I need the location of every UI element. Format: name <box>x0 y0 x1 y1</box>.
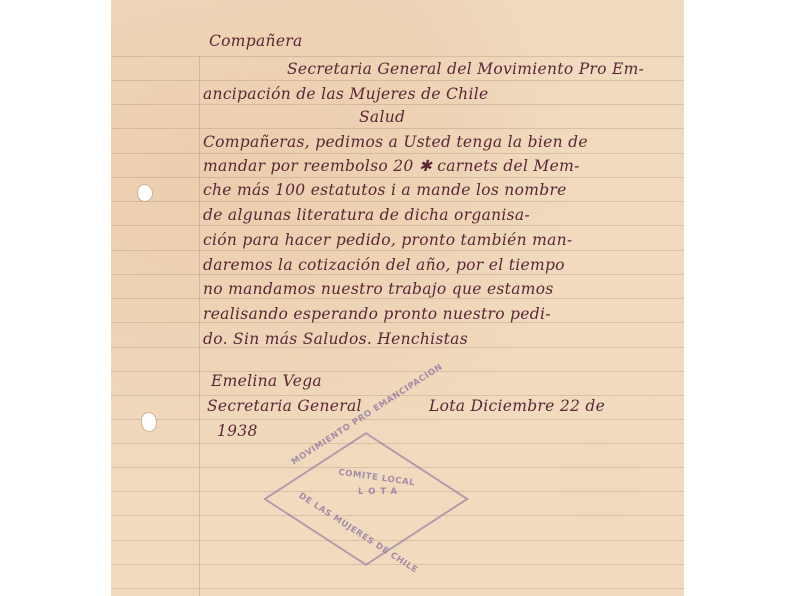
ruled-line <box>111 128 684 129</box>
ruled-line <box>111 371 684 372</box>
ruled-line <box>111 419 684 420</box>
margin-line <box>199 56 200 596</box>
signature-name: Emelina Vega <box>211 372 322 390</box>
ruled-line <box>111 56 684 57</box>
ruled-line <box>111 225 684 226</box>
stamp-center-line-2: LOTA <box>358 487 402 497</box>
punch-hole-top <box>138 185 152 201</box>
body-line: mandar por reembolso 20 ✱ carnets del Me… <box>203 157 580 175</box>
ruled-line <box>111 177 684 178</box>
greeting: Salud <box>359 108 405 126</box>
body-line: de algunas literatura de dicha organisa- <box>203 206 530 224</box>
salutation: Compañera <box>209 32 303 50</box>
body-line: Compañeras, pedimos a Usted tenga la bie… <box>203 133 588 151</box>
stamp-border <box>263 432 469 566</box>
body-line: realisando esperando pronto nuestro pedi… <box>203 305 551 323</box>
year: 1938 <box>217 422 258 440</box>
ruled-line <box>111 201 684 202</box>
body-line: che más 100 estatutos i a mande los nomb… <box>203 181 567 199</box>
signature-title: Secretaria General <box>207 397 362 415</box>
place-date: Lota Diciembre 22 de <box>429 397 605 415</box>
punch-hole-bottom <box>142 413 156 431</box>
body-line: daremos la cotización del año, por el ti… <box>203 256 565 274</box>
body-line: ción para hacer pedido, pronto también m… <box>203 231 572 249</box>
body-line: no mandamos nuestro trabajo que estamos <box>203 280 554 298</box>
ruled-line <box>111 588 684 589</box>
ruled-line <box>111 274 684 275</box>
rubber-stamp: MOVIMIENTO PRO EMANCIPACION COMITE LOCAL… <box>288 433 458 553</box>
ruled-line <box>111 104 684 105</box>
addressee-line-1: Secretaria General del Movimiento Pro Em… <box>287 60 644 78</box>
ruled-line <box>111 153 684 154</box>
ruled-line <box>111 298 684 299</box>
body-line: do. Sin más Saludos. Henchistas <box>203 330 468 348</box>
ruled-line <box>111 80 684 81</box>
addressee-line-2: ancipación de las Mujeres de Chile <box>203 85 488 103</box>
ruled-line <box>111 250 684 251</box>
